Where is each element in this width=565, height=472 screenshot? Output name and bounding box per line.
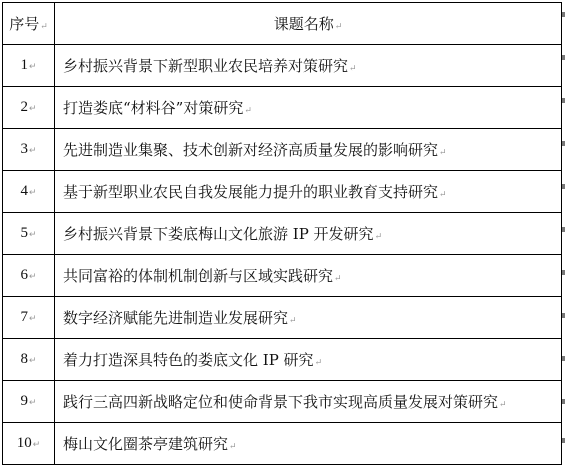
paragraph-mark-icon: ↵ xyxy=(349,64,357,74)
paragraph-mark-icon: ↵ xyxy=(439,190,447,200)
paragraph-mark-icon: ↵ xyxy=(335,22,343,32)
table-row: 9↵ 践行三高四新战略定位和使命背景下我市实现高质量发展对策研究↵ xyxy=(3,381,562,423)
paragraph-mark-icon: ↵ xyxy=(40,22,48,32)
row-title: 打造娄底“材料谷”对策研究↵ xyxy=(55,87,562,129)
row-number: 6↵ xyxy=(3,255,55,297)
row-number: 3↵ xyxy=(3,129,55,171)
table-row: 8↵ 着力打造深具特色的娄底文化 IP 研究↵ xyxy=(3,339,562,381)
paragraph-mark-icon: ↵ xyxy=(29,145,37,155)
row-title: 共同富裕的体制机制创新与区域实践研究↵ xyxy=(55,255,562,297)
row-number: 7↵ xyxy=(3,297,55,339)
table-row: 3↵ 先进制造业集聚、技术创新对经济高质量发展的影响研究↵ xyxy=(3,129,562,171)
paragraph-mark-icon: ↵ xyxy=(29,355,37,365)
paragraph-mark-icon: ↵ xyxy=(33,439,41,449)
paragraph-mark-icon: ↵ xyxy=(289,316,297,326)
row-number: 4↵ xyxy=(3,171,55,213)
header-number-label: 序号 xyxy=(9,15,39,33)
table-row: 4↵ 基于新型职业农民自我发展能力提升的职业教育支持研究↵ xyxy=(3,171,562,213)
table-header-row: 序号↵ 课题名称↵ xyxy=(3,3,562,45)
row-title: 梅山文化圈茶亭建筑研究↵ xyxy=(55,423,562,465)
paragraph-mark-icon: ↵ xyxy=(334,274,342,284)
row-title: 乡村振兴背景下新型职业农民培养对策研究↵ xyxy=(55,45,562,87)
table-row: 10↵ 梅山文化圈茶亭建筑研究↵ xyxy=(3,423,562,465)
header-number: 序号↵ xyxy=(3,3,55,45)
paragraph-mark-icon: ↵ xyxy=(229,442,237,452)
row-title: 数字经济赋能先进制造业发展研究↵ xyxy=(55,297,562,339)
paragraph-mark-icon: ↵ xyxy=(29,313,37,323)
row-number: 10↵ xyxy=(3,423,55,465)
row-number: 8↵ xyxy=(3,339,55,381)
row-number: 5↵ xyxy=(3,213,55,255)
paragraph-mark-icon: ↵ xyxy=(29,61,37,71)
row-title: 践行三高四新战略定位和使命背景下我市实现高质量发展对策研究↵ xyxy=(55,381,562,423)
paragraph-mark-icon: ↵ xyxy=(29,229,37,239)
row-number: 2↵ xyxy=(3,87,55,129)
paragraph-mark-icon: ↵ xyxy=(29,187,37,197)
row-number: 1↵ xyxy=(3,45,55,87)
table-row: 7↵ 数字经济赋能先进制造业发展研究↵ xyxy=(3,297,562,339)
paragraph-mark-icon: ↵ xyxy=(439,148,447,158)
topics-table: 序号↵ 课题名称↵ 1↵ 乡村振兴背景下新型职业农民培养对策研究↵ 2↵ 打造娄… xyxy=(2,2,562,465)
paragraph-mark-icon: ↵ xyxy=(29,103,37,113)
row-title: 先进制造业集聚、技术创新对经济高质量发展的影响研究↵ xyxy=(55,129,562,171)
header-title-label: 课题名称 xyxy=(274,15,334,33)
row-title: 乡村振兴背景下娄底梅山文化旅游 IP 开发研究↵ xyxy=(55,213,562,255)
row-title: 着力打造深具特色的娄底文化 IP 研究↵ xyxy=(55,339,562,381)
paragraph-mark-icon: ↵ xyxy=(315,358,323,368)
table-row: 2↵ 打造娄底“材料谷”对策研究↵ xyxy=(3,87,562,129)
paragraph-mark-icon: ↵ xyxy=(375,232,383,242)
paragraph-mark-icon: ↵ xyxy=(499,400,507,410)
row-number: 9↵ xyxy=(3,381,55,423)
paragraph-mark-icon: ↵ xyxy=(29,271,37,281)
row-title: 基于新型职业农民自我发展能力提升的职业教育支持研究↵ xyxy=(55,171,562,213)
paragraph-mark-icon: ↵ xyxy=(29,397,37,407)
header-title: 课题名称↵ xyxy=(55,3,562,45)
table-row: 5↵ 乡村振兴背景下娄底梅山文化旅游 IP 开发研究↵ xyxy=(3,213,562,255)
table-row: 6↵ 共同富裕的体制机制创新与区域实践研究↵ xyxy=(3,255,562,297)
table-row: 1↵ 乡村振兴背景下新型职业农民培养对策研究↵ xyxy=(3,45,562,87)
paragraph-mark-icon: ↵ xyxy=(244,106,252,116)
